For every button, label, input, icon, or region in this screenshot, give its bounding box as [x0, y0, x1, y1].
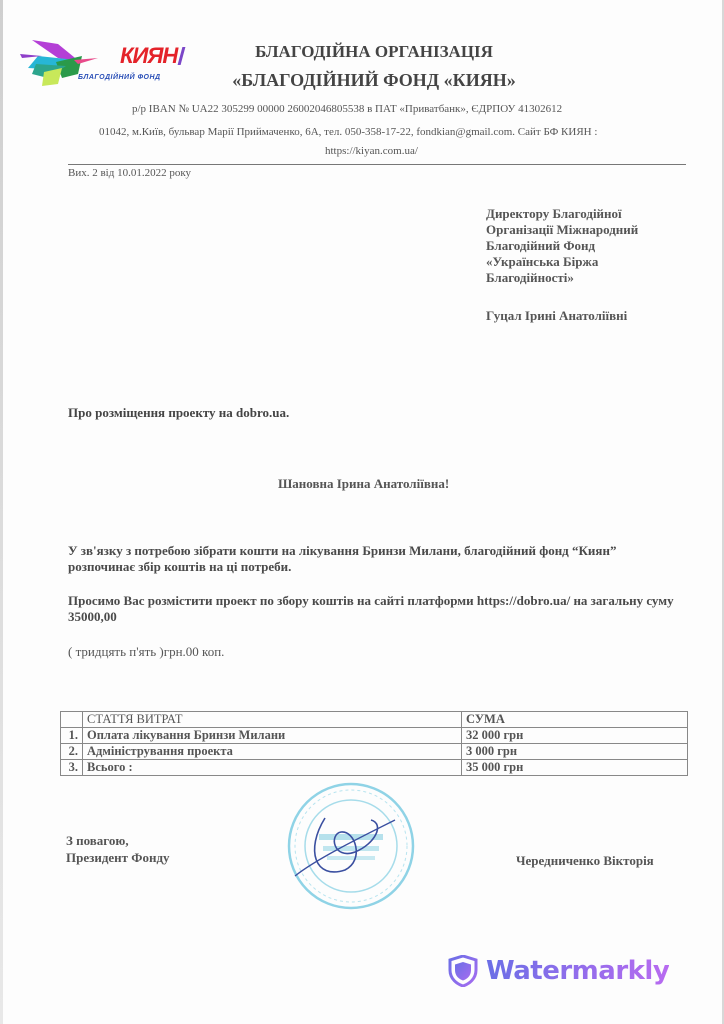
costs-table: СТАТТЯ ВИТРАТ СУМА 1. Оплата лікування Б… — [60, 711, 688, 776]
header-item: СТАТТЯ ВИТРАТ — [83, 712, 462, 728]
header-sum: СУМА — [462, 712, 688, 728]
paragraph-request: Просимо Вас розмістити проект по збору к… — [68, 593, 678, 625]
closing-block: З повагою, Президент Фонду — [66, 832, 170, 866]
addressee-line: Організації Міжнародний — [486, 222, 638, 238]
org-title-line1: БЛАГОДІЙНА ОРГАНІЗАЦІЯ — [12, 42, 724, 62]
letter-subject: Про розміщення проекту на dobro.ua. — [68, 405, 289, 421]
closing-line: З повагою, — [66, 832, 170, 849]
addressee-line: Директору Благодійної — [486, 206, 638, 222]
header-divider — [68, 164, 686, 165]
signer-title: Президент Фонду — [66, 849, 170, 866]
row-item: Адміністрування проекта — [83, 744, 462, 760]
shield-icon — [448, 955, 478, 987]
addressee-line: Благодійності» — [486, 270, 638, 286]
paragraph-amount-words: ( тридцять п'ять )грн.00 коп. — [68, 644, 678, 660]
table-row: 1. Оплата лікування Бринзи Милани 32 000… — [61, 728, 688, 744]
official-stamp-icon — [285, 780, 417, 912]
row-sum: 32 000 грн — [462, 728, 688, 744]
addressee-block: Директору Благодійної Організації Міжнар… — [486, 206, 638, 286]
addressee-line: Благодійний Фонд — [486, 238, 638, 254]
row-sum: 3 000 грн — [462, 744, 688, 760]
table-row: 3. Всього : 35 000 грн — [61, 760, 688, 776]
row-num: 2. — [61, 744, 83, 760]
row-num: 1. — [61, 728, 83, 744]
address-contacts: 01042, м.Київ, бульвар Марії Приймаченко… — [99, 126, 597, 138]
paragraph-purpose: У зв'язку з потребою зібрати кошти на лі… — [68, 543, 678, 575]
row-num: 3. — [61, 760, 83, 776]
row-item: Оплата лікування Бринзи Милани — [83, 728, 462, 744]
signer-name: Чередниченко Вікторія — [516, 853, 654, 869]
row-item: Всього : — [83, 760, 462, 776]
addressee-name: Гуцал Ірині Анатоліївні — [486, 308, 627, 324]
website-link[interactable]: https://kiyan.com.ua/ — [325, 145, 418, 157]
watermark: Watermarkly — [448, 955, 669, 987]
table-row: 2. Адміністрування проекта 3 000 грн — [61, 744, 688, 760]
page-edge-left — [0, 0, 3, 1024]
row-sum: 35 000 грн — [462, 760, 688, 776]
outgoing-reference: Вих. 2 від 10.01.2022 року — [68, 167, 191, 179]
letter-greeting: Шановна Ірина Анатоліївна! — [278, 476, 449, 492]
addressee-line: «Українська Біржа — [486, 254, 638, 270]
org-title-line2: «БЛАГОДІЙНИЙ ФОНД «КИЯН» — [12, 70, 724, 91]
watermark-text: Watermarkly — [486, 956, 669, 986]
bank-details: р/р IBAN № UA22 305299 00000 26002046805… — [132, 103, 562, 115]
header-num — [61, 712, 83, 728]
table-header-row: СТАТТЯ ВИТРАТ СУМА — [61, 712, 688, 728]
